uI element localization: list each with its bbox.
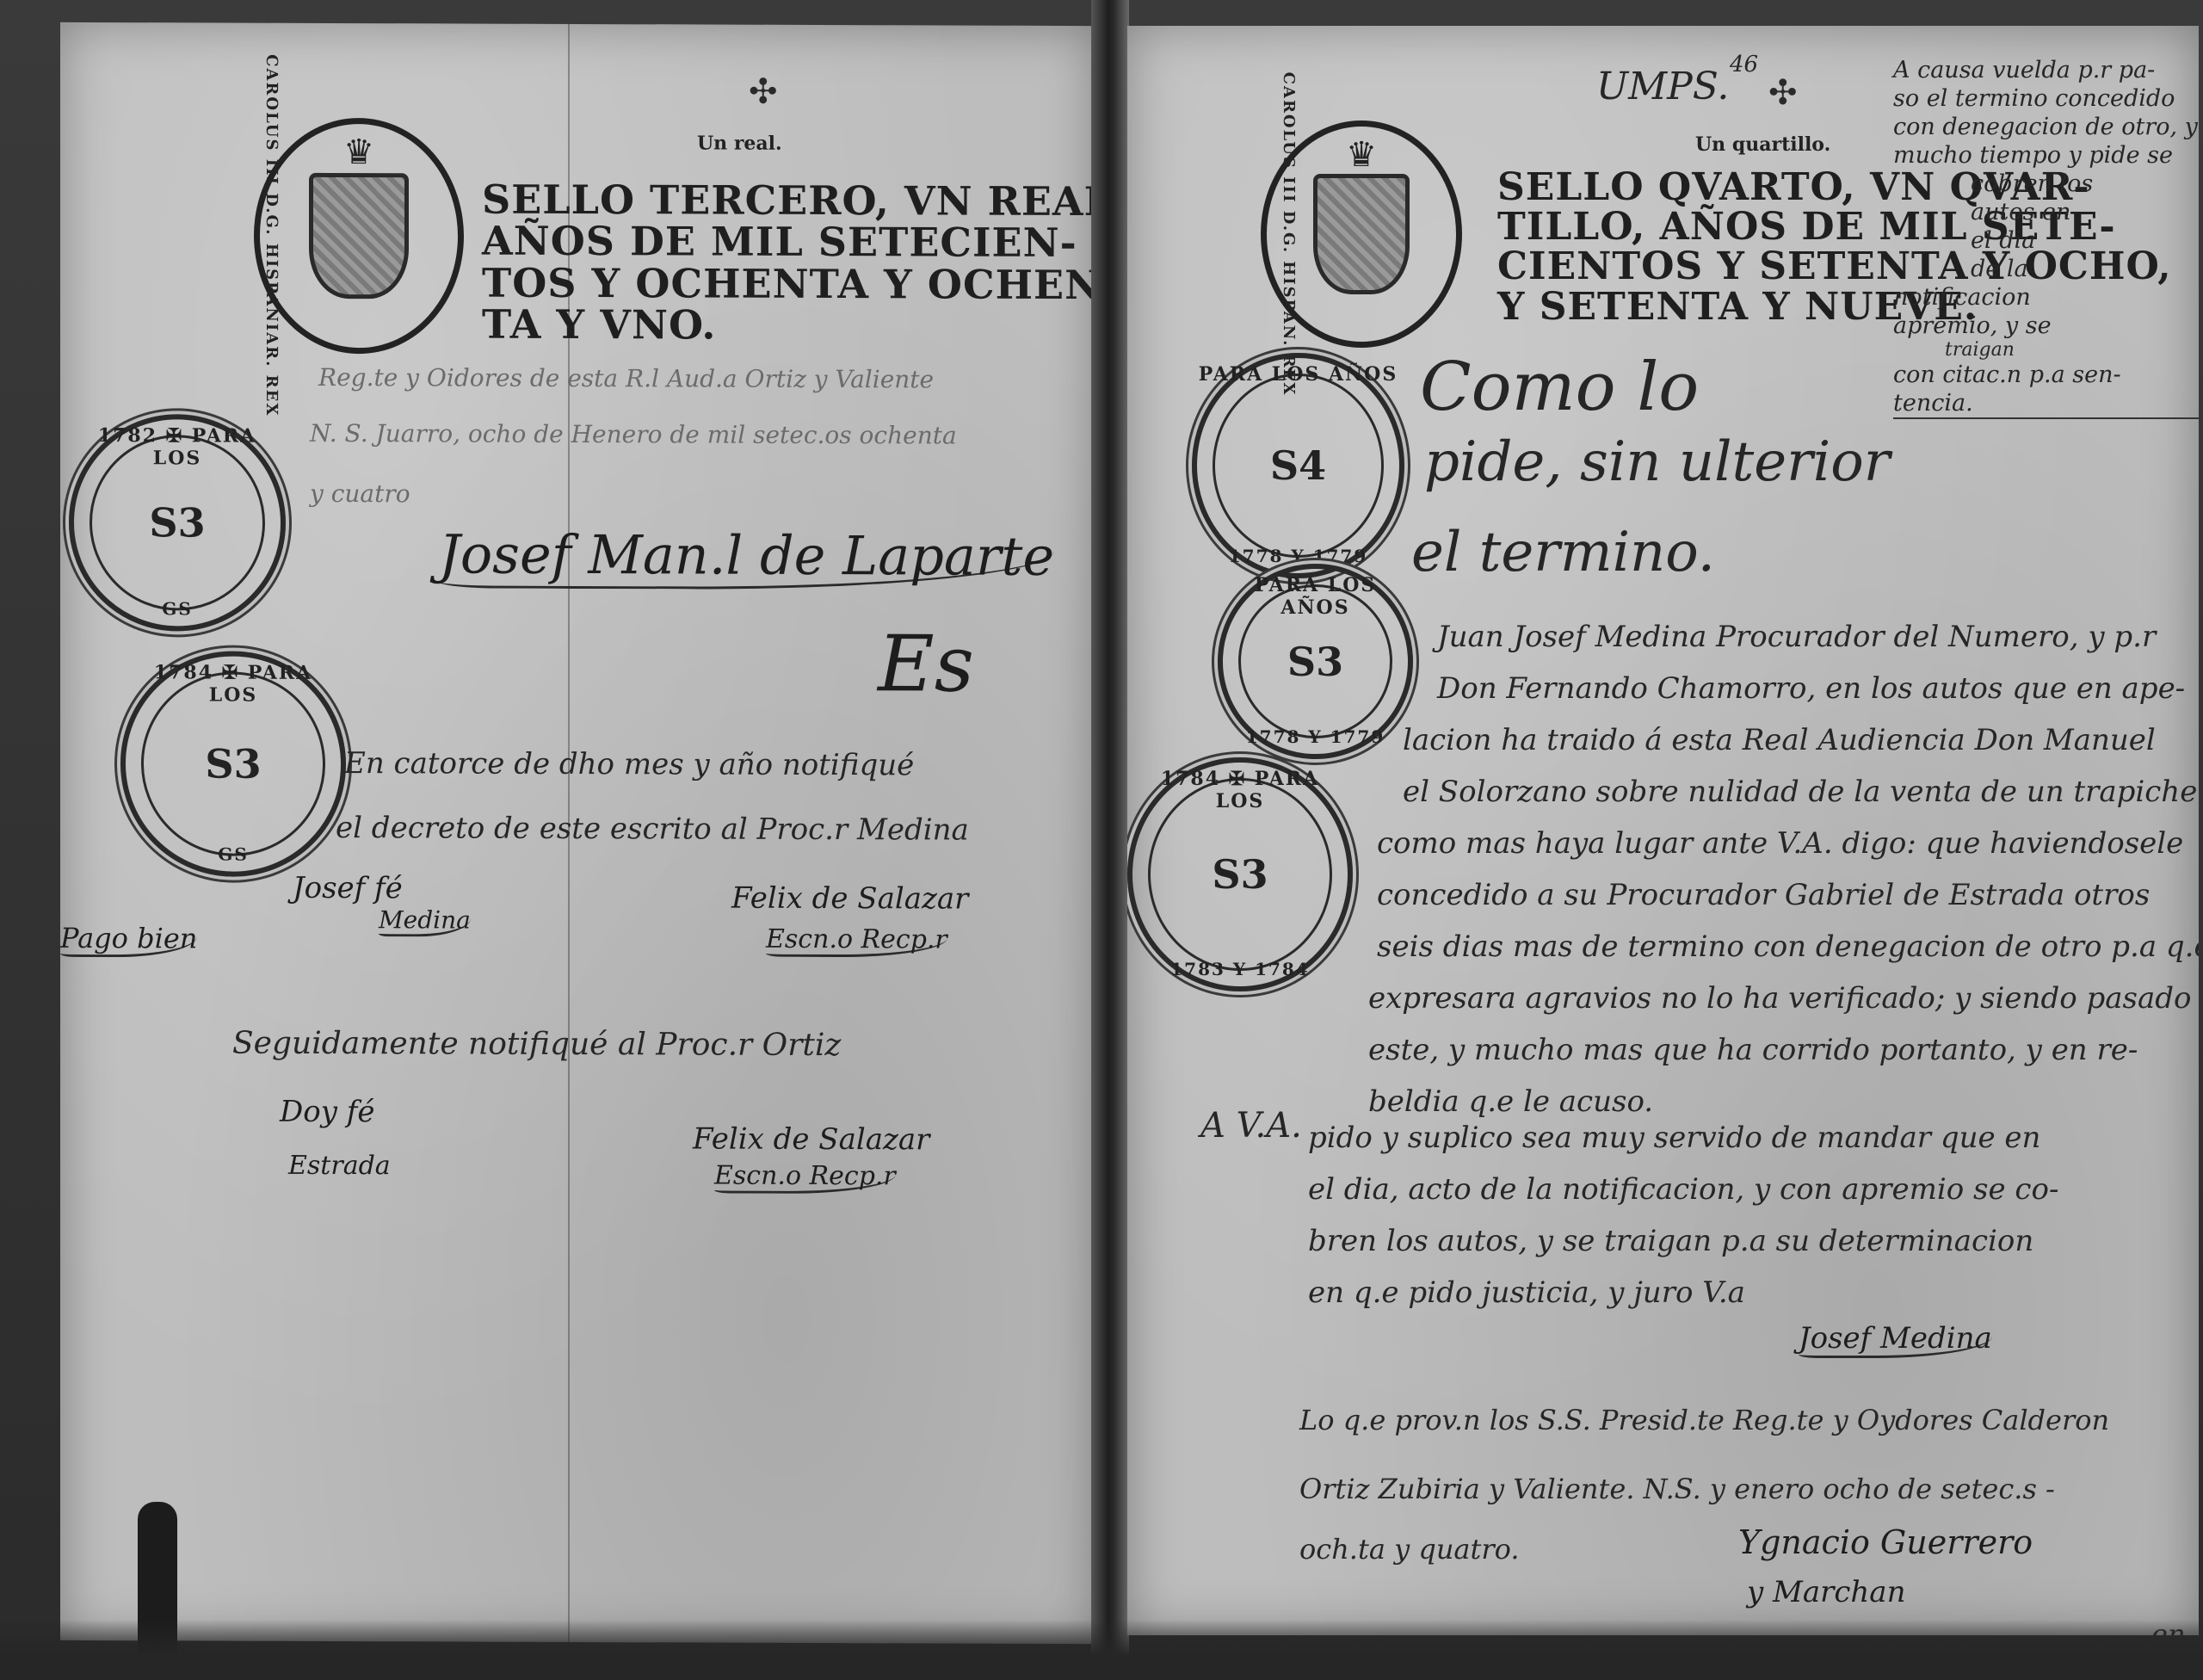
seal-legend: PARA LOS AÑOS: [1223, 574, 1408, 619]
margin-note-line: apremio, y se: [1893, 312, 2199, 340]
margin-note-line: el dia: [1893, 226, 2199, 255]
faint-line: y cuatro: [310, 479, 410, 508]
signature-laparte: Josef Man.l de Laparte: [439, 522, 1054, 590]
decorative-cross-icon: ✣: [1768, 73, 1798, 113]
signature-medina: Josef Medina: [1799, 1321, 1992, 1358]
margin-text: Pago bien: [60, 922, 197, 958]
seal-sub: 1783 Y 1784: [1132, 959, 1348, 979]
seal-legend: PARA LOS AÑOS: [1197, 363, 1399, 386]
margin-note-line: notificacion: [1893, 283, 2199, 312]
petition-line: pido y suplico sea muy servido de mandar…: [1308, 1112, 2194, 1164]
petition-label: A V.A.: [1200, 1106, 1302, 1146]
margin-note-line: de la: [1893, 255, 2199, 283]
margin-note-line: so el termino concedido: [1893, 84, 2199, 113]
royal-crest-seal: ♛ CAROLUS III D.G. HISPAN. REX: [1261, 120, 1462, 348]
decree-line: pide, sin ulterior: [1424, 430, 1890, 494]
faint-line: Reg.te y Oidores de esta R.l Aud.a Ortiz…: [318, 363, 934, 393]
signature-salazar: Felix de Salazar: [731, 881, 968, 917]
body-line: el Solorzano sobre nulidad de la venta d…: [1403, 766, 2194, 818]
seal-legend: 1782 ✠ PARA LOS: [74, 424, 281, 470]
body-line: este, y mucho mas que ha corrido portant…: [1368, 1024, 2194, 1076]
body-line: como mas haya lugar ante V.A. digo: que …: [1377, 818, 2194, 869]
body-line: concedido a su Procurador Gabriel de Est…: [1377, 869, 2194, 921]
header-line: SELLO TERCERO, VN REAL,: [482, 179, 1097, 223]
decree-line: el termino.: [1411, 521, 1715, 584]
signature-text: Escn.o Recp.r: [766, 924, 947, 958]
margin-note: A causa vuelda p.r pa- so el termino con…: [1893, 56, 2199, 419]
margin-note-line: A causa vuelda p.r pa-: [1893, 56, 2199, 84]
printed-header: SELLO TERCERO, VN REAL, AÑOS DE MIL SETE…: [482, 179, 1097, 348]
header-line: TA Y VNO.: [482, 303, 1097, 347]
seal-sub: 1778 Y 1779: [1223, 726, 1408, 747]
seal-center: S4: [1270, 442, 1326, 489]
folio-mark: UMPS.: [1596, 65, 1729, 108]
signature-escribano: Escn.o Recp.r: [714, 1161, 896, 1195]
margin-note-pago: Pago bien: [60, 922, 197, 958]
crown-icon: ♛: [1346, 135, 1377, 175]
seal-center: S3: [149, 499, 205, 546]
faint-line: N. S. Juarro, ocho de Henero de mil sete…: [310, 419, 957, 450]
right-page: UMPS. 46 ✣ Un quartillo. ♛ CAROLUS III D…: [1127, 26, 2199, 1635]
petition-line: el dia, acto de la notificacion, y con a…: [1308, 1164, 2194, 1215]
stamp-denomination: Un quartillo.: [1695, 133, 1830, 156]
header-line: AÑOS DE MIL SETECIEN-: [482, 220, 1097, 264]
margin-note-line: tencia.: [1893, 389, 2199, 419]
stamp-denomination: Un real.: [697, 132, 782, 154]
petition-line: bren los autos, y se traigan p.a su dete…: [1308, 1215, 2194, 1267]
tax-seal-1784: 1784 ✠ PARA LOS S3 1783 Y 1784: [1127, 757, 1353, 991]
closing-line: Ortiz Zubiria y Valiente. N.S. y enero o…: [1299, 1455, 2194, 1523]
closing-line: Lo q.e prov.n los S.S. Presid.te Reg.te …: [1299, 1386, 2194, 1455]
header-line: TOS Y OCHENTA Y OCHEN-: [482, 262, 1097, 306]
body-line: expresara agravios no lo ha verificado; …: [1368, 973, 2194, 1024]
shield-icon: [309, 173, 409, 299]
notification-line: el decreto de este escrito al Proc.r Med…: [336, 811, 969, 848]
signature-doy-fe: Doy fé: [280, 1095, 374, 1129]
petition-request: pido y suplico sea muy servido de mandar…: [1308, 1112, 2194, 1319]
signature-estrada: Estrada: [288, 1151, 391, 1181]
petition-body: Juan Josef Medina Procurador del Numero,…: [1403, 611, 2194, 1127]
body-line: Juan Josef Medina Procurador del Numero,…: [1403, 611, 2194, 663]
signature-text: Medina: [379, 905, 471, 936]
tax-seal-s3: PARA LOS AÑOS S3 1778 Y 1779: [1218, 564, 1413, 759]
decorative-cross-icon: ✣: [749, 72, 778, 112]
tax-seal-s4: PARA LOS AÑOS S4 1778 Y 1779: [1192, 353, 1404, 578]
tax-seal-1784: 1784 ✠ PARA LOS S3 GS: [120, 651, 346, 877]
tax-seal-1782: 1782 ✠ PARA LOS S3 GS: [69, 414, 286, 632]
notification-line: Seguidamente notifiqué al Proc.r Ortiz: [232, 1026, 841, 1063]
margin-note-line: mucho tiempo y pide se: [1893, 141, 2199, 170]
seal-center: S3: [1212, 851, 1268, 898]
seal-legend: 1784 ✠ PARA LOS: [126, 661, 341, 707]
folio-number: 46: [1730, 52, 1758, 77]
signature-marchan: y Marchan: [1747, 1575, 1905, 1609]
shield-icon: [1313, 174, 1409, 294]
notification-line: En catorce de dho mes y año notifiqué: [344, 746, 914, 782]
crest-legend: CAROLUS III D.G. HISPANIAR. REX: [262, 54, 281, 417]
margin-note-line: con denegacion de otro, y: [1893, 113, 2199, 141]
petition-line: en q.e pido justicia, y juro V.a: [1308, 1267, 2194, 1319]
body-line: lacion ha traido á esta Real Audiencia D…: [1403, 714, 2194, 766]
signature-text: Escn.o Recp.r: [714, 1161, 896, 1195]
body-line: seis dias mas de termino con denegacion …: [1377, 921, 2194, 973]
book-gutter: [1091, 0, 1129, 1680]
signature-escribano: Escn.o Recp.r: [766, 924, 947, 958]
signature-text: Josef Man.l de Laparte: [439, 522, 1054, 590]
seal-center: S3: [205, 740, 261, 787]
signature-doy-fe: Josef fé: [293, 871, 403, 905]
signature-text: Josef Medina: [1799, 1321, 1992, 1358]
margin-note-line: cobren los: [1893, 170, 2199, 198]
seal-sub: GS: [74, 598, 281, 620]
decree-line: Como lo: [1420, 349, 1699, 426]
left-page: ✣ Un real. ♛ CAROLUS III D.G. HISPANIAR.…: [60, 22, 1097, 1644]
seal-sub: GS: [126, 843, 341, 865]
signature-guerrero: Ygnacio Guerrero: [1738, 1523, 2033, 1561]
crown-icon: ♛: [343, 133, 374, 172]
body-line: Don Fernando Chamorro, en los autos que …: [1403, 663, 2194, 714]
margin-note-line: autos en: [1893, 198, 2199, 226]
seal-center: S3: [1287, 639, 1343, 685]
margin-note-line: con citac.n p.a sen-: [1893, 361, 2199, 389]
royal-crest-seal: ♛ CAROLUS III D.G. HISPANIAR. REX: [254, 118, 464, 355]
rubric-mark: Es: [878, 619, 974, 709]
crest-legend: CAROLUS III D.G. HISPAN. REX: [1280, 72, 1298, 397]
scan-shadow: [0, 1620, 2203, 1680]
margin-note-line: traigan: [1893, 340, 2199, 361]
signature-medina: Medina: [379, 905, 471, 936]
seal-legend: 1784 ✠ PARA LOS: [1132, 768, 1348, 812]
seal-sub: 1778 Y 1779: [1197, 546, 1399, 566]
signature-salazar: Felix de Salazar: [693, 1121, 929, 1157]
